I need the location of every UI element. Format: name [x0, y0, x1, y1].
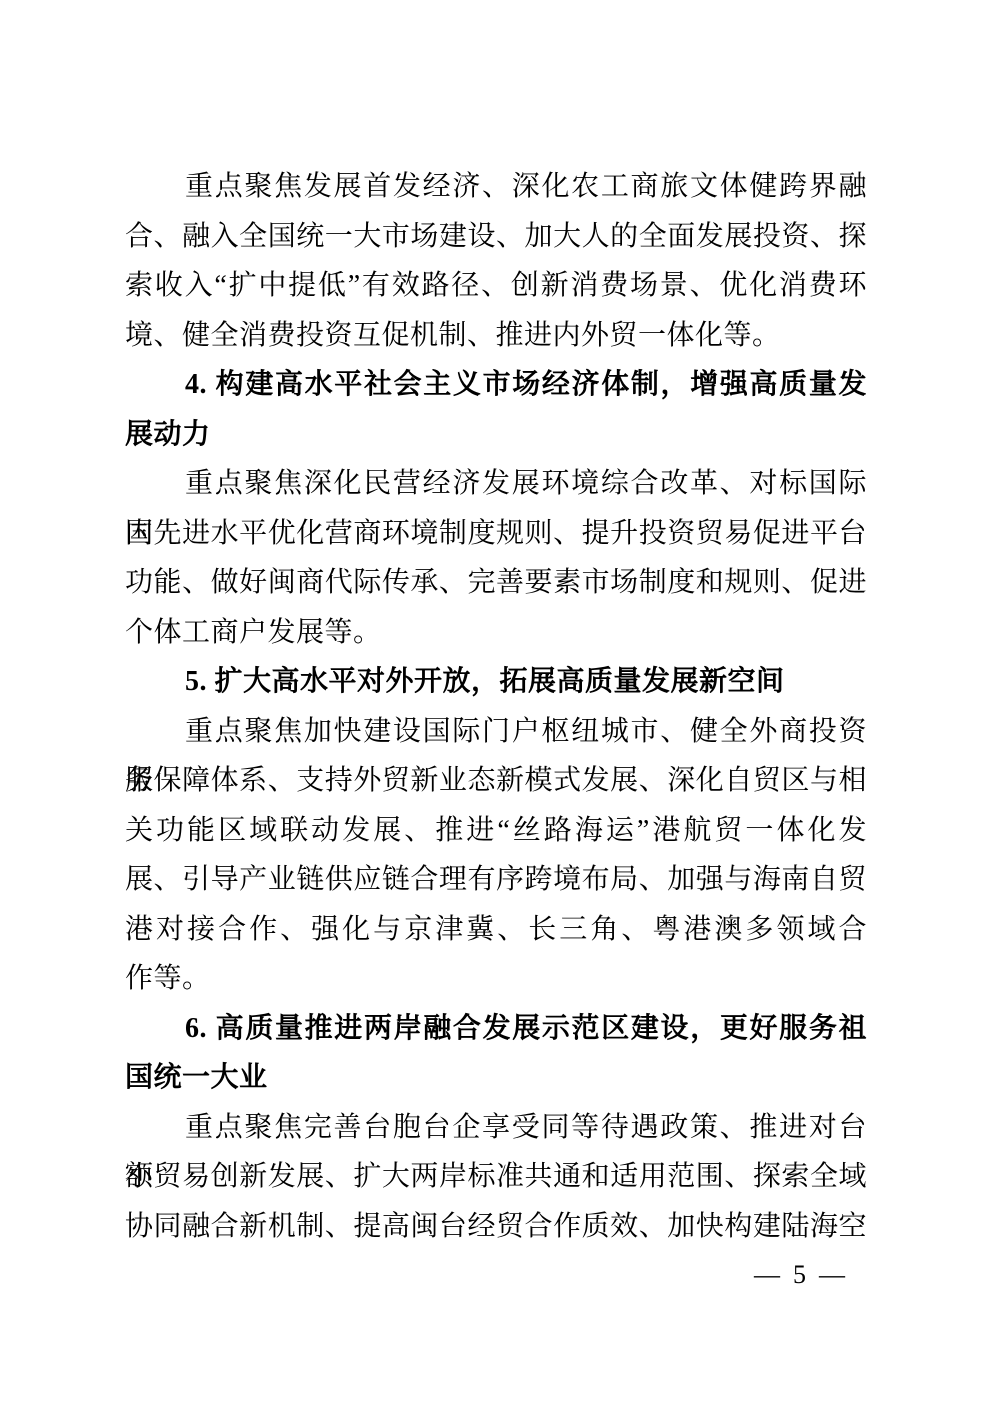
body-line: 额贸易创新发展、扩大两岸标准共通和适用范围、探索全域 — [125, 1152, 867, 1202]
body-line: 内先进水平优化营商环境制度规则、提升投资贸易促进平台 — [125, 509, 867, 559]
body-line: 展、引导产业链供应链合理有序跨境布局、加强与海南自贸 — [125, 855, 867, 905]
body-line: 关功能区域联动发展、推进“丝路海运”港航贸一体化发 — [125, 806, 867, 856]
body-line: 务保障体系、支持外贸新业态新模式发展、深化自贸区与相 — [125, 756, 867, 806]
body-line: 协同融合新机制、提高闽台经贸合作质效、加快构建陆海空 — [125, 1202, 867, 1252]
footer-dash-right-icon: — — [819, 1260, 845, 1290]
document-body: 重点聚焦发展首发经济、深化农工商旅文体健跨界融 合、融入全国统一大市场建设、加大… — [125, 162, 867, 1251]
heading-6-line-1: 6. 高质量推进两岸融合发展示范区建设，更好服务祖 — [125, 1004, 867, 1054]
body-line: 重点聚焦深化民营经济发展环境综合改革、对标国际国 — [125, 459, 867, 509]
body-line: 港对接合作、强化与京津冀、长三角、粤港澳多领域合 — [125, 905, 867, 955]
body-line: 重点聚焦完善台胞台企享受同等待遇政策、推进对台小 — [125, 1103, 867, 1153]
heading-4-line-2: 展动力 — [125, 410, 867, 460]
body-line: 合、融入全国统一大市场建设、加大人的全面发展投资、探 — [125, 212, 867, 262]
body-line: 索收入“扩中提低”有效路径、创新消费场景、优化消费环 — [125, 261, 867, 311]
body-line: 重点聚焦发展首发经济、深化农工商旅文体健跨界融 — [125, 162, 867, 212]
heading-5-line: 5. 扩大高水平对外开放，拓展高质量发展新空间 — [125, 657, 867, 707]
body-line: 功能、做好闽商代际传承、完善要素市场制度和规则、促进 — [125, 558, 867, 608]
page-number: 5 — [793, 1260, 806, 1290]
body-line: 境、健全消费投资互促机制、推进内外贸一体化等。 — [125, 311, 867, 361]
footer-dash-left-icon: — — [754, 1260, 780, 1290]
page-footer: — 5 — — [754, 1260, 845, 1290]
heading-6-line-2: 国统一大业 — [125, 1053, 867, 1103]
heading-4-line-1: 4. 构建高水平社会主义市场经济体制，增强高质量发 — [125, 360, 867, 410]
body-line: 个体工商户发展等。 — [125, 608, 867, 658]
document-page: 重点聚焦发展首发经济、深化农工商旅文体健跨界融 合、融入全国统一大市场建设、加大… — [0, 0, 1000, 1414]
body-line: 重点聚焦加快建设国际门户枢纽城市、健全外商投资服 — [125, 707, 867, 757]
body-line: 作等。 — [125, 954, 867, 1004]
